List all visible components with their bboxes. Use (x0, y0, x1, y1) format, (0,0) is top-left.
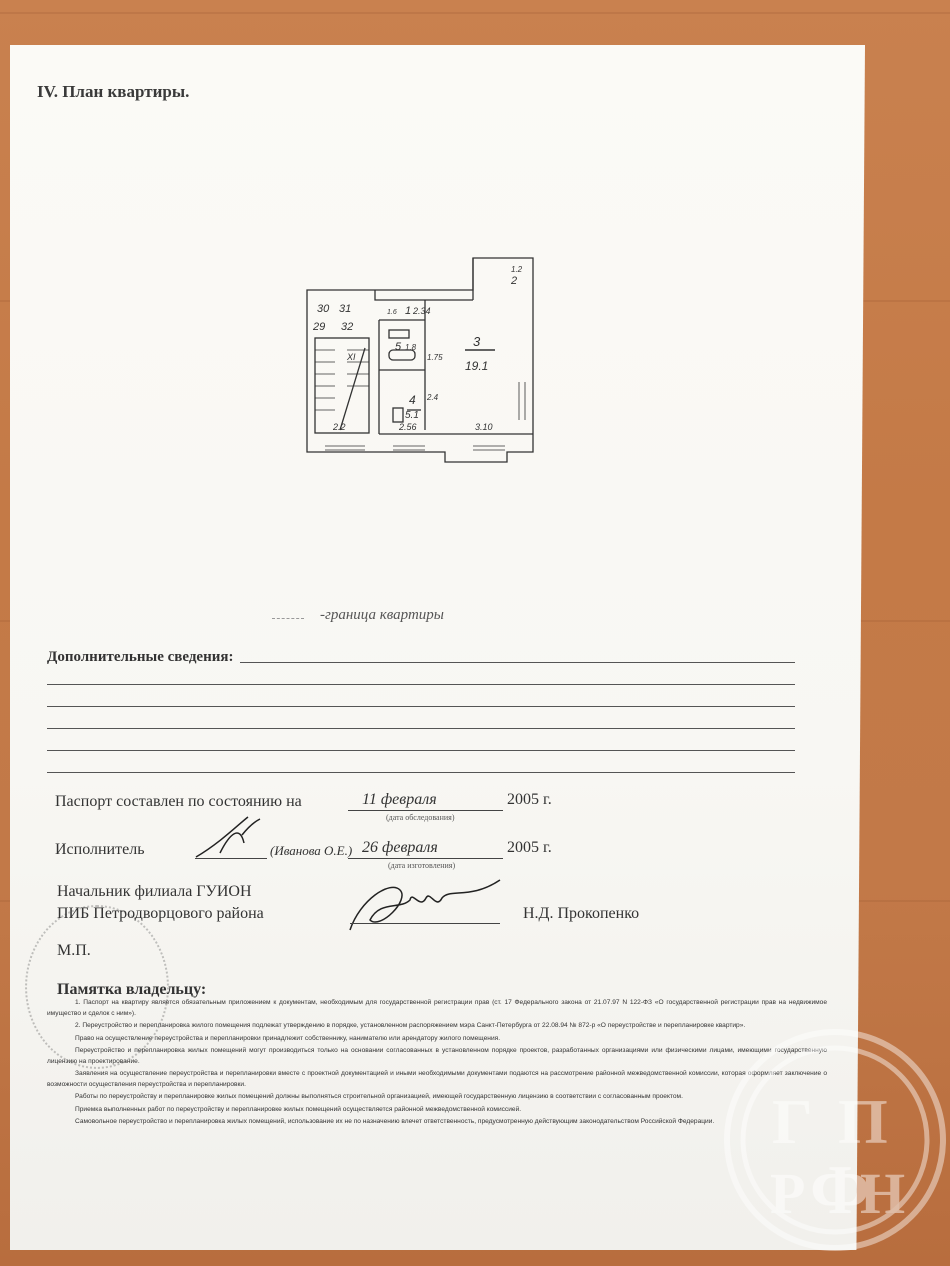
head-name: Н.Д. Прокопенко (523, 905, 639, 923)
dimension-label: 1.6 (387, 309, 397, 316)
memo-paragraph: Заявления на осуществление переустройств… (47, 1069, 827, 1090)
production-date-underline (348, 858, 503, 859)
room-area: 5.1 (405, 410, 419, 421)
survey-date-underline (348, 810, 503, 811)
boundary-legend-line (272, 618, 304, 619)
production-date-caption: (дата изготовления) (388, 861, 455, 870)
additional-info-line (47, 684, 795, 685)
production-year: 2005 г. (507, 839, 552, 857)
room-number: 2 (510, 275, 517, 287)
room-number: 5 (395, 341, 402, 353)
memo-title: Памятка владельцу: (57, 981, 206, 999)
memo-paragraph: 1. Паспорт на квартиру является обязател… (47, 998, 827, 1019)
dimension-label: 2.2 (332, 422, 346, 432)
room-number: 4 (409, 393, 416, 407)
boundary-legend-label: -граница квартиры (320, 607, 444, 624)
room-area: 1.2 (511, 265, 523, 274)
head-signature (340, 870, 510, 940)
executor-signature (190, 813, 270, 861)
dimension-label: 2.56 (398, 422, 417, 432)
room-number: 1 (405, 305, 411, 317)
memo-paragraph: Переустройство и перепланировка жилых по… (47, 1046, 827, 1067)
executor-label: Исполнитель (55, 841, 145, 859)
executor-signature-line (195, 858, 267, 859)
dimension-label: 3.10 (475, 422, 493, 432)
watermark-letter: Г (772, 1086, 813, 1157)
passport-label: Паспорт составлен по состоянию на (55, 793, 302, 811)
seal-label: М.П. (57, 942, 91, 960)
memo-paragraph: 2. Переустройство и перепланировка жилог… (47, 1021, 827, 1032)
memo-paragraph: Работы по переустройству и перепланировк… (47, 1092, 827, 1103)
dimension-label: 2.4 (426, 393, 439, 402)
room-area: 1.8 (405, 343, 417, 352)
additional-info-line (240, 662, 795, 663)
watermark-letter: П (838, 1086, 888, 1157)
additional-info-line (47, 706, 795, 707)
watermark-letter: Р (770, 1161, 805, 1226)
executor-name: (Иванова О.Е.) (270, 843, 352, 859)
section-title: IV. План квартиры. (37, 82, 189, 102)
head-title-line2: ПИБ Петродворцового района (57, 905, 264, 923)
additional-info-line (47, 750, 795, 751)
neighbor-number: 30 (317, 303, 330, 315)
neighbor-number: 29 (312, 321, 325, 333)
neighbor-number: 31 (339, 303, 351, 315)
memo-paragraph: Приемка выполненных работ по переустройс… (47, 1105, 827, 1116)
watermark-letter: Н (860, 1161, 905, 1226)
floor-plan: 30 31 29 32 XI 1 2.34 2 1.2 3 19.1 4 5.1… (295, 250, 535, 470)
production-date: 26 февраля (362, 839, 438, 857)
dimension-label: 1.75 (427, 353, 443, 362)
survey-date: 11 февраля (362, 791, 437, 809)
memo-paragraph: Право на осуществление переустройства и … (47, 1034, 827, 1045)
room-area: 2.34 (412, 306, 431, 316)
head-title-line1: Начальник филиала ГУИОН (57, 883, 252, 901)
memo-text: 1. Паспорт на квартиру является обязател… (47, 998, 827, 1130)
survey-year: 2005 г. (507, 791, 552, 809)
survey-date-caption: (дата обследования) (386, 813, 454, 822)
head-signature-line (350, 923, 500, 924)
additional-info-line (47, 772, 795, 773)
additional-info-line (47, 728, 795, 729)
watermark-logo-icon: Г П Р Ф Н (720, 1025, 950, 1255)
additional-info-title: Дополнительные сведения: (47, 649, 233, 666)
room-number: 3 (473, 334, 481, 349)
stair-label: XI (346, 352, 356, 362)
room-area: 19.1 (465, 359, 488, 373)
neighbor-number: 32 (341, 321, 353, 333)
memo-paragraph: Самовольное переустройство и перепланиро… (47, 1117, 827, 1128)
